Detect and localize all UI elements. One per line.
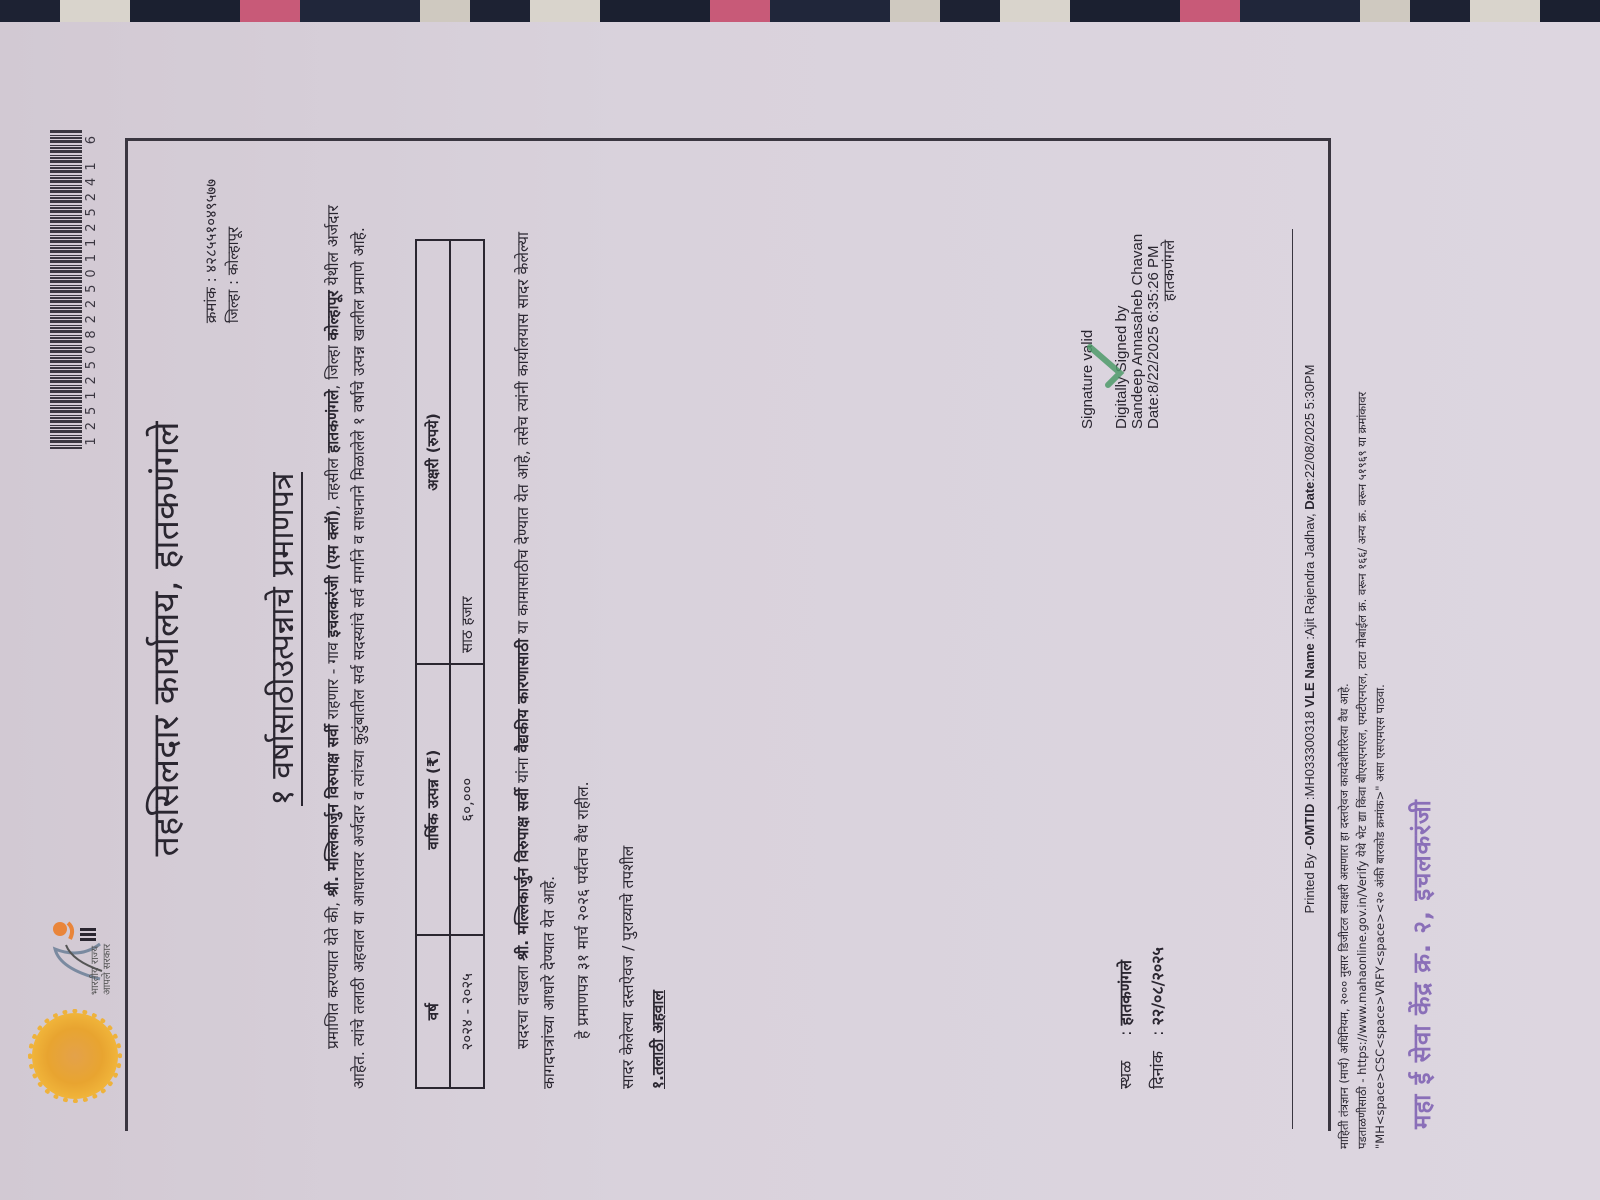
logo-area: भारतीय राज्य आपले सरकार [30, 849, 125, 1099]
income-certificate: भारतीय राज्य आपले सरकार 1251250822501125… [30, 89, 1530, 1189]
footer-line: पडताळणीसाठी - https://www.mahaonline.gov… [1353, 129, 1371, 1149]
header-annual-income: वार्षिक उत्पन्न (₹) [416, 664, 450, 935]
header-amount-words: अक्षरी (रुपये) [416, 240, 450, 664]
barcode-bars [50, 129, 82, 449]
purpose-paragraph: सदरचा दाखला श्री. मल्लिकार्जुन विरुपाक्ष… [510, 179, 562, 1089]
emblem-caption: भारतीय राज्य आपले सरकार [90, 905, 114, 995]
cell-amount-words: साठ हजार [450, 240, 484, 664]
certification-paragraph: प्रमाणित करण्यात येते की, श्री. मल्लिकार… [320, 179, 372, 1089]
barcode-number: 1251250822501125241 6 [84, 129, 99, 449]
signature-date: Date:8/22/2025 6:35:26 PM [1146, 234, 1162, 429]
date-line: दिनांक : २२/०८/२०२५ [1142, 947, 1174, 1089]
signature-signer: Sandeep Annasaheb Chavan [1130, 234, 1146, 429]
footer-line: माहिती तंत्रज्ञान (मार्च) अधिनियम, २००० … [1335, 129, 1353, 1149]
documents-heading: सादर केलेल्या दस्तऐवज / पुराव्याचे तपशील [615, 179, 641, 1089]
signature-valid-check-icon [1086, 343, 1126, 389]
paper-sheet: भारतीय राज्य आपले सरकार 1251250822501125… [0, 22, 1600, 1200]
cell-year: २०२४ - २०२५ [450, 935, 484, 1088]
divider [1292, 229, 1293, 1129]
printed-by-line: Printed By -OMTID :MH033300318 VLE Name … [1302, 89, 1317, 1189]
income-table-header: वर्ष वार्षिक उत्पन्न (₹) अक्षरी (रुपये) [416, 240, 450, 1088]
signature-office: हातकणंगले [1162, 234, 1178, 429]
place-date-block: स्थळ : हातकणंगले दिनांक : २२/०८/२०२५ [1110, 947, 1174, 1089]
documents-list-item: १.तलाठी अहवाल [645, 179, 671, 1089]
signature-line1: Digitally Signed by [1114, 234, 1130, 429]
validity-statement: हे प्रमाणपत्र ३१ मार्च २०२६ पर्यंतच वैध … [570, 179, 596, 1039]
signature-status: Signature valid [1080, 234, 1096, 429]
footer-line: "MH<space>CSC<space>VRFY<space><२० अंकी … [1371, 129, 1389, 1149]
place-line: स्थळ : हातकणंगले [1110, 947, 1142, 1089]
verification-footer: माहिती तंत्रज्ञान (मार्च) अधिनियम, २००० … [1335, 129, 1389, 1149]
digital-signature-block: Signature valid Digitally Signed by Sand… [1080, 234, 1178, 429]
government-seal-icon [32, 1013, 118, 1099]
income-table: वर्ष वार्षिक उत्पन्न (₹) अक्षरी (रुपये) … [415, 239, 485, 1089]
cell-annual-income: ६०,००० [450, 664, 484, 935]
table-row: २०२४ - २०२५ ६०,००० साठ हजार [450, 240, 484, 1088]
barcode: 1251250822501125241 6 [50, 129, 99, 449]
header-year: वर्ष [416, 935, 450, 1088]
seva-kendra-stamp: महा ई सेवा केंद्र क्र. २, इचलकरंजी [1405, 799, 1438, 1129]
